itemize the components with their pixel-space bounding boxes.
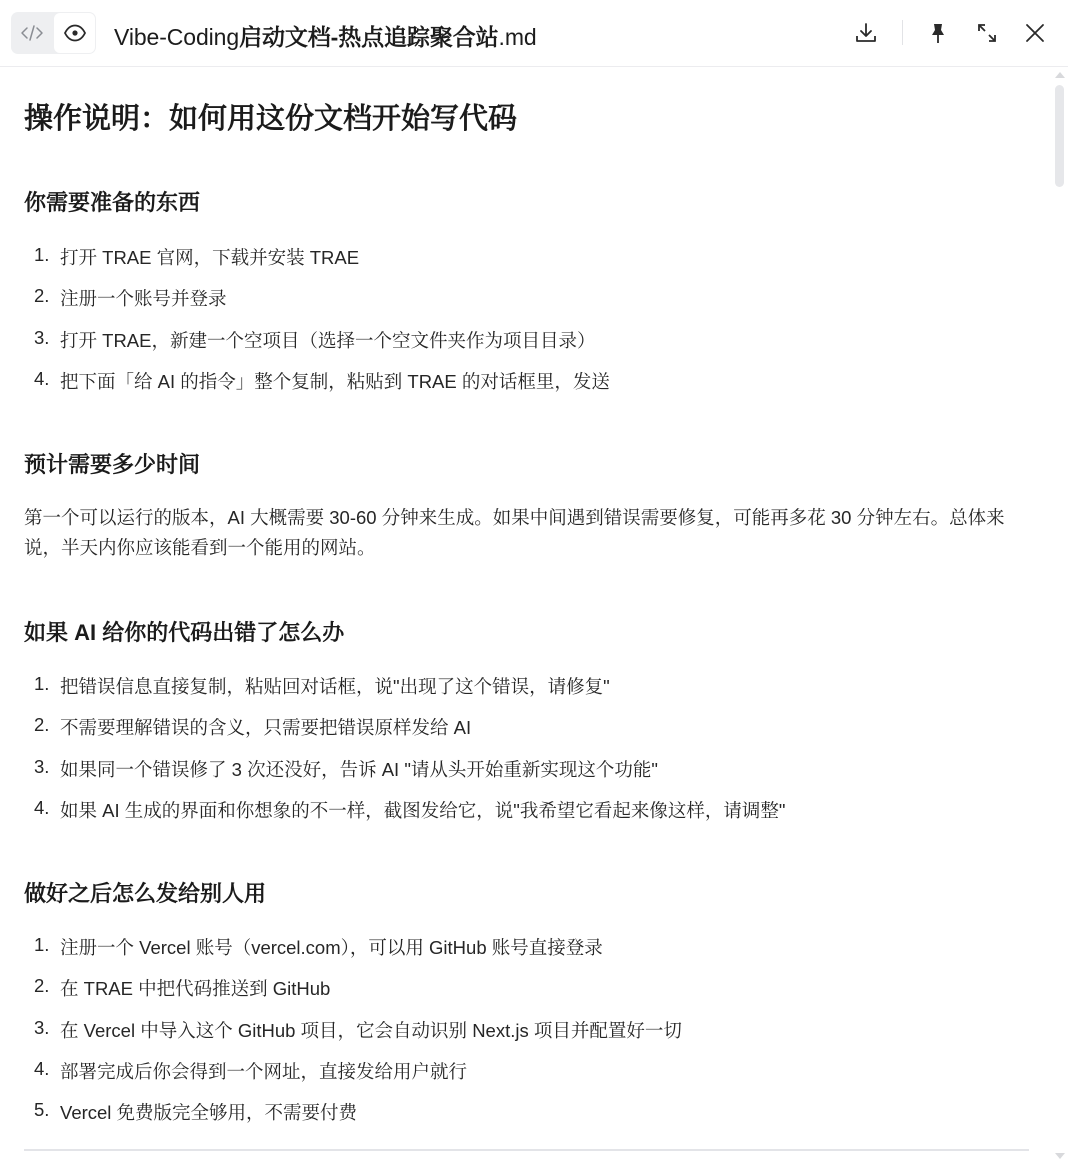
paragraph: 第一个可以运行的版本，AI 大概需要 30-60 分钟来生成。如果中间遇到错误需… <box>24 503 1024 563</box>
eye-icon <box>63 23 87 43</box>
ordered-list: 1.打开 TRAE 官网，下载并安装 TRAE 2.注册一个账号并登录 3.打开… <box>34 244 610 409</box>
list-item: 4.把下面「给 AI 的指令」整个复制，粘贴到 TRAE 的对话框里，发送 <box>34 368 610 409</box>
view-mode-toggle <box>11 12 96 54</box>
scrollbar-thumb[interactable] <box>1055 85 1064 187</box>
expand-button[interactable] <box>972 18 1002 48</box>
ordered-list: 1.注册一个 Vercel 账号（vercel.com），可以用 GitHub … <box>34 934 682 1140</box>
download-button[interactable] <box>851 18 881 48</box>
list-item: 3.打开 TRAE，新建一个空项目（选择一个空文件夹作为项目目录） <box>34 327 610 368</box>
title-extension: .md <box>499 24 537 50</box>
list-item: 5.Vercel 免费版完全够用，不需要付费 <box>34 1099 682 1140</box>
preview-view-button[interactable] <box>54 13 95 53</box>
ordered-list: 1.把错误信息直接复制，粘贴回对话框，说"出现了这个错误，请修复" 2.不需要理… <box>34 673 785 838</box>
scroll-up-arrow-icon[interactable] <box>1055 72 1065 78</box>
pin-button[interactable] <box>923 18 953 48</box>
code-icon <box>20 23 44 43</box>
list-item: 4.如果 AI 生成的界面和你想象的不一样，截图发给它，说"我希望它看起来像这样… <box>34 797 785 838</box>
title-main: 启动文档-热点追踪聚合站 <box>239 24 498 50</box>
list-item: 3.如果同一个错误修了 3 次还没好，告诉 AI "请从头开始重新实现这个功能" <box>34 756 785 797</box>
close-button[interactable] <box>1020 18 1050 48</box>
close-icon <box>1023 21 1047 45</box>
section-heading: 预计需要多少时间 <box>24 448 200 479</box>
markdown-preview-window: Vibe-Coding启动文档-热点追踪聚合站.md <box>0 0 1068 1163</box>
document-heading: 操作说明：如何用这份文档开始写代码 <box>24 96 517 137</box>
vertical-scrollbar[interactable] <box>1050 68 1068 1163</box>
horizontal-rule <box>24 1149 1029 1151</box>
list-item: 2.在 TRAE 中把代码推送到 GitHub <box>34 975 682 1016</box>
header-divider <box>902 20 903 45</box>
list-item: 4.部署完成后你会得到一个网址，直接发给用户就行 <box>34 1058 682 1099</box>
pin-icon <box>926 21 950 45</box>
scroll-down-arrow-icon[interactable] <box>1055 1153 1065 1159</box>
source-view-button[interactable] <box>11 13 52 53</box>
section-heading: 如果 AI 给你的代码出错了怎么办 <box>24 616 344 647</box>
list-item: 1.打开 TRAE 官网，下载并安装 TRAE <box>34 244 610 285</box>
header-bar: Vibe-Coding启动文档-热点追踪聚合站.md <box>0 0 1068 67</box>
section-heading: 你需要准备的东西 <box>24 186 200 217</box>
list-item: 1.把错误信息直接复制，粘贴回对话框，说"出现了这个错误，请修复" <box>34 673 785 714</box>
list-item: 3.在 Vercel 中导入这个 GitHub 项目，它会自动识别 Next.j… <box>34 1017 682 1058</box>
list-item: 1.注册一个 Vercel 账号（vercel.com），可以用 GitHub … <box>34 934 682 975</box>
section-heading: 做好之后怎么发给别人用 <box>24 877 266 908</box>
title-prefix: Vibe-Coding <box>114 24 239 50</box>
document-body: 操作说明：如何用这份文档开始写代码 你需要准备的东西 1.打开 TRAE 官网，… <box>0 68 1050 1163</box>
expand-icon <box>975 21 999 45</box>
document-title: Vibe-Coding启动文档-热点追踪聚合站.md <box>114 19 537 52</box>
download-icon <box>854 21 878 45</box>
list-item: 2.不需要理解错误的含义，只需要把错误原样发给 AI <box>34 714 785 755</box>
list-item: 2.注册一个账号并登录 <box>34 285 610 326</box>
